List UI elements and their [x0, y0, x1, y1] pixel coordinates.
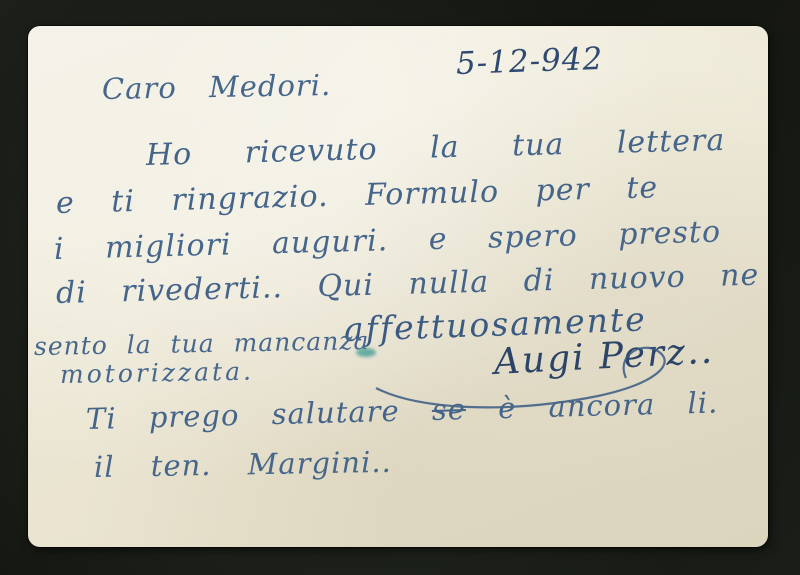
ps-line-1-pre: Ti prego salutare — [86, 394, 401, 436]
body-line-4: di rivederti.. Qui nulla di nuovo ne — [56, 258, 760, 311]
side-line-2: motorizzata. — [60, 357, 254, 389]
ps-line-1-post: è ancora li. — [498, 385, 719, 425]
side-line-1: sento la tua mancanza — [34, 326, 370, 361]
ps-line-1: Ti prego salutare se è ancora li. — [86, 385, 719, 436]
ps-line-2: il ten. Margini.. — [94, 445, 392, 484]
handwritten-date: 5-12-942 — [455, 41, 603, 82]
ps-line-1-struck-word: se — [431, 392, 466, 427]
salutation: Caro Medori. — [102, 68, 332, 106]
body-line-1: Ho ricevuto la tua lettera — [146, 123, 726, 173]
postcard-photo: 5-12-942 Caro Medori. Ho ricevuto la tua… — [28, 26, 768, 547]
body-line-3: i migliori auguri. e spero presto — [54, 215, 722, 267]
body-line-2: e ti ringrazio. Formulo per te — [56, 170, 659, 221]
